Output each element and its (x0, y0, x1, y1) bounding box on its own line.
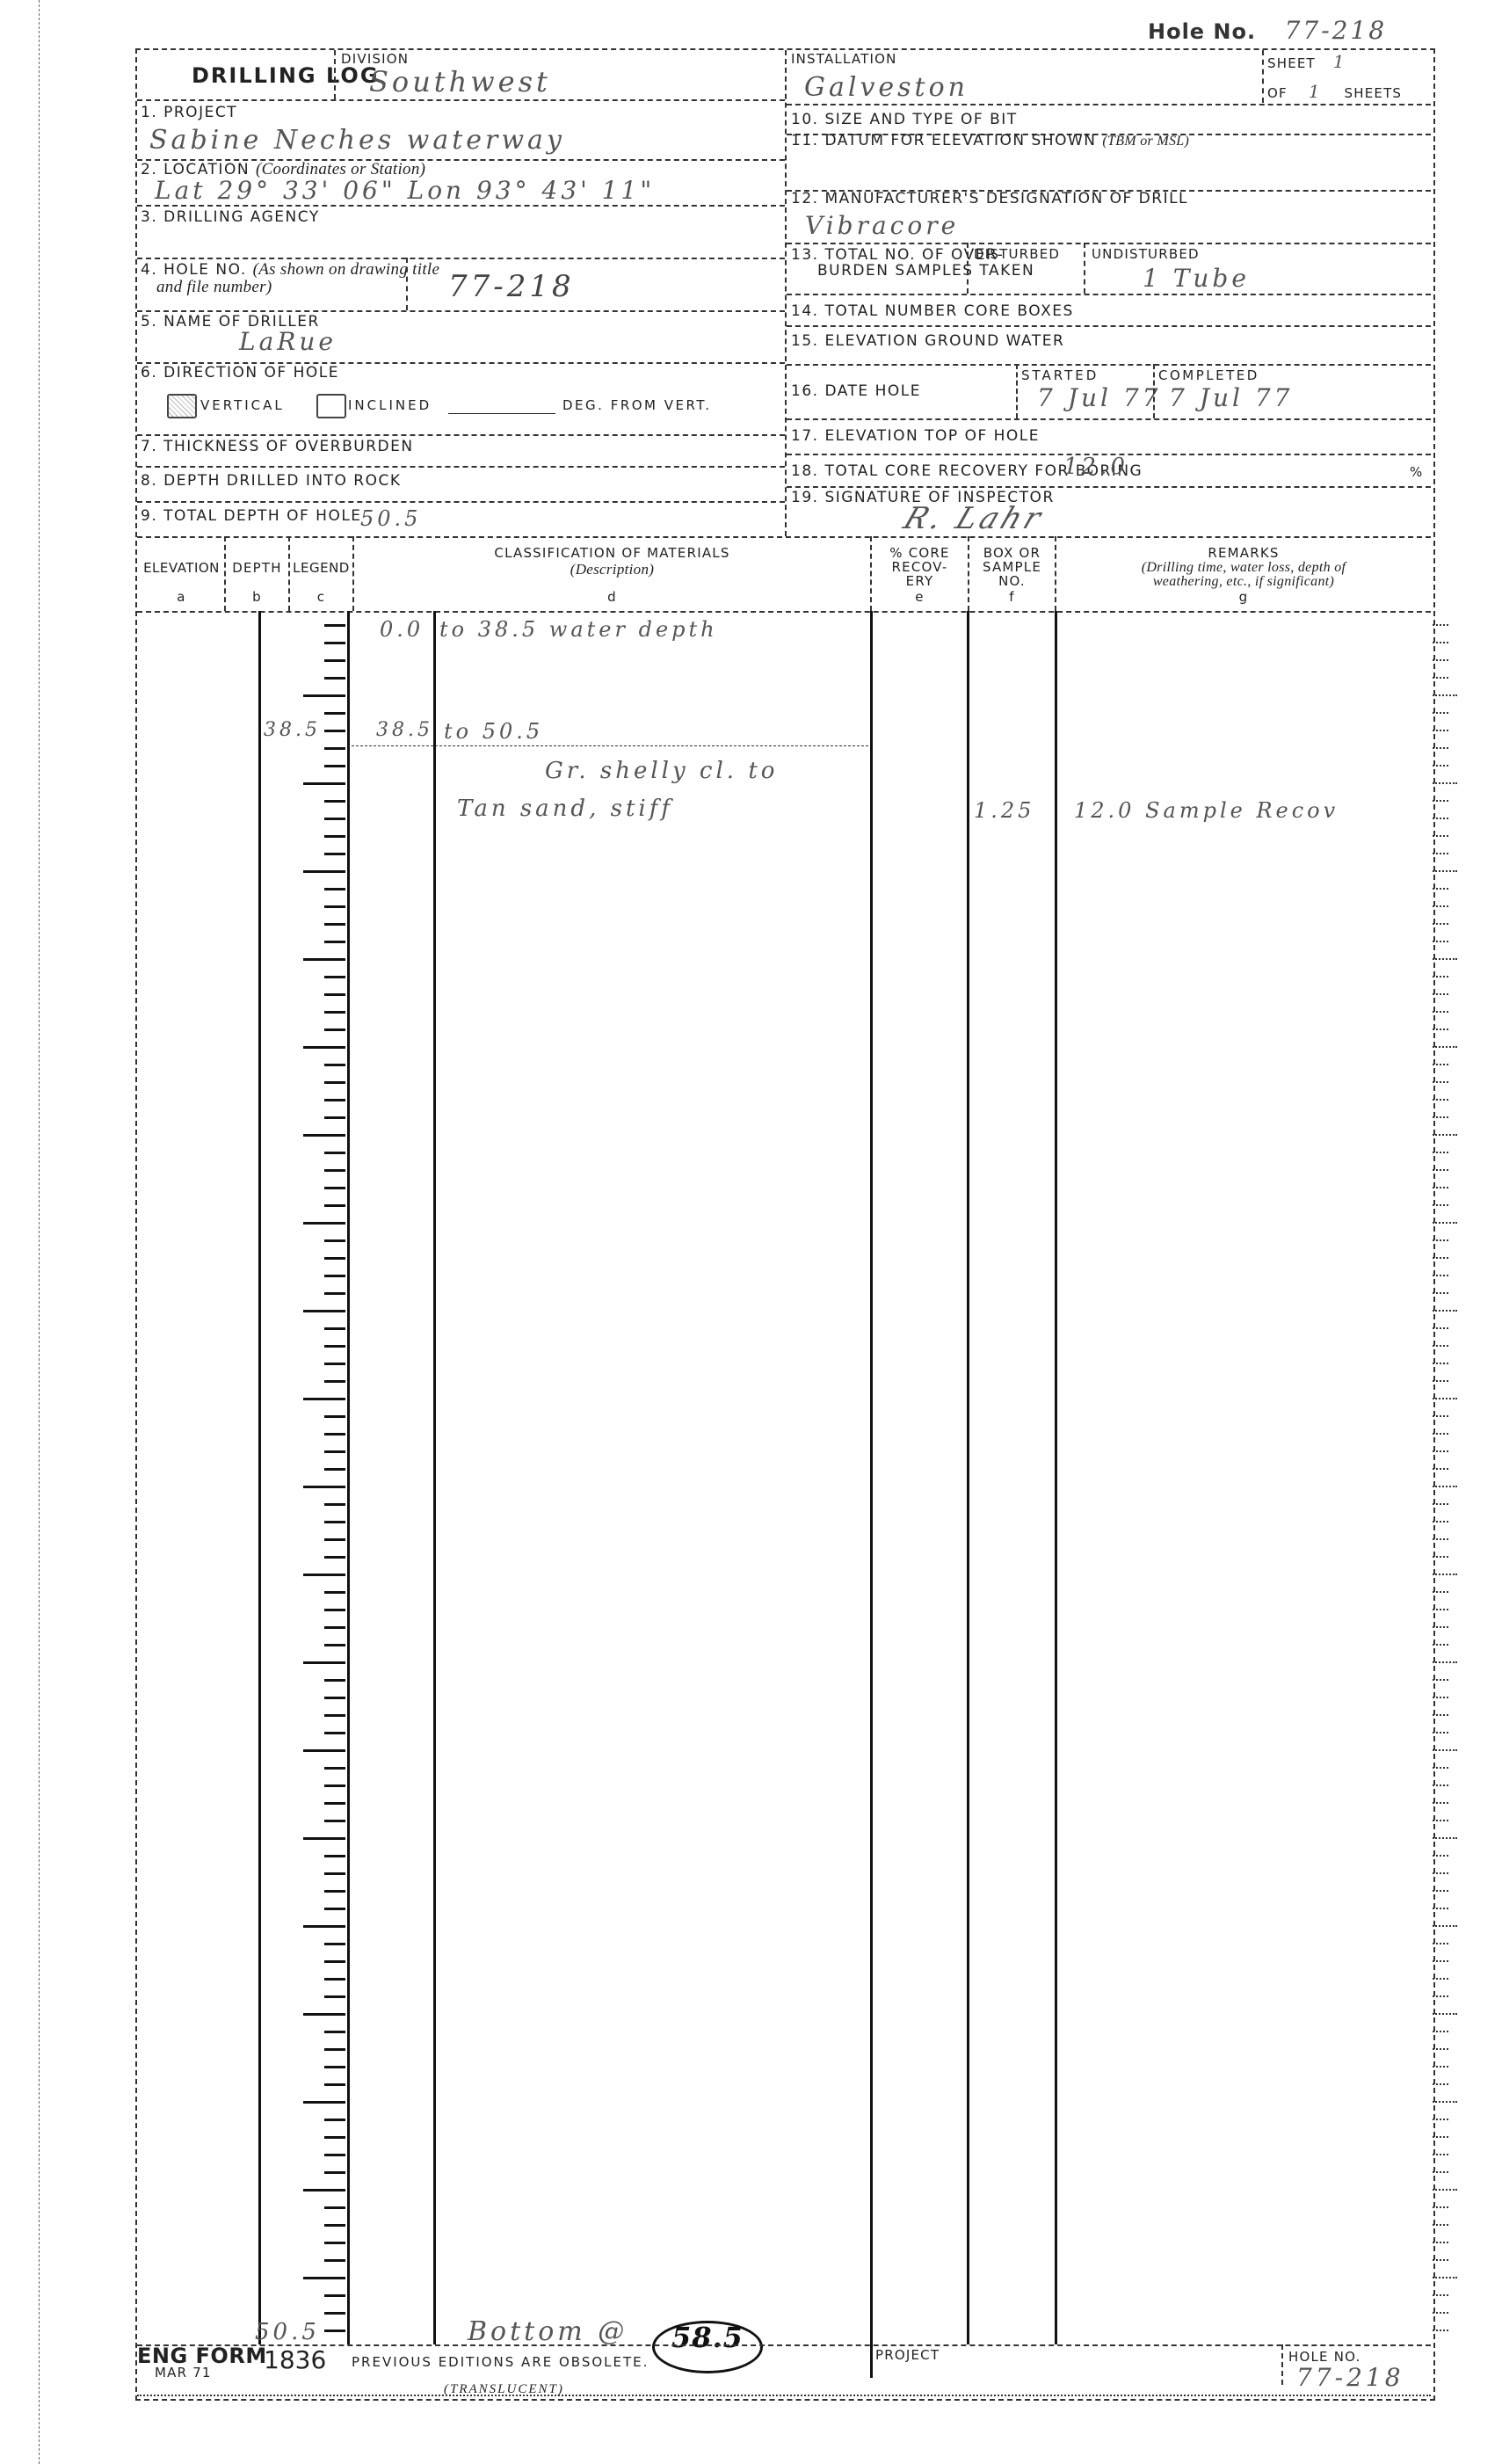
divider (137, 205, 785, 207)
edge-tick (1433, 1028, 1448, 1030)
edge-tick (1433, 1697, 1448, 1698)
col-letter-d: d (354, 589, 870, 605)
depth-tick (324, 1169, 345, 1172)
col-header-elevation: ELEVATION (139, 560, 224, 576)
drill-label: 12. MANUFACTURER'S DESIGNATION OF DRILL (791, 190, 1188, 207)
edge-tick (1433, 1837, 1457, 1839)
edge-tick (1433, 941, 1448, 942)
depth-tick (324, 923, 345, 926)
core-boxes-label: 14. TOTAL NUMBER CORE BOXES (791, 302, 1074, 320)
depth-tick (324, 1099, 345, 1101)
depth-tick (324, 642, 345, 644)
entry-2-depth[interactable]: 38.5 (264, 719, 321, 741)
edge-tick (1433, 1222, 1457, 1224)
edge-tick (1433, 2171, 1448, 2173)
depth-tick (303, 782, 345, 785)
edge-tick (1433, 1714, 1448, 1716)
divider (787, 364, 1431, 366)
col-header-legend: LEGEND (290, 560, 352, 576)
depth-tick (324, 1275, 345, 1277)
completed-value[interactable]: 7 Jul 77 (1169, 383, 1293, 412)
depth-tick (324, 1644, 345, 1646)
edge-tick (1433, 2277, 1457, 2279)
edge-tick (1433, 1890, 1448, 1892)
col-letter-g: g (1056, 589, 1431, 605)
rock-depth-label: 8. DEPTH DRILLED INTO ROCK (141, 472, 401, 490)
obsolete-note: PREVIOUS EDITIONS ARE OBSOLETE. (352, 2354, 649, 2370)
edge-tick (1433, 2259, 1448, 2261)
depth-tick (324, 1697, 345, 1699)
depth-tick (324, 2242, 345, 2244)
depth-tick (324, 2171, 345, 2174)
edge-tick (1433, 853, 1448, 854)
location-value[interactable]: Lat 29° 33' 06" Lon 93° 43' 11" (155, 176, 655, 205)
depth-tick (324, 730, 345, 732)
edge-tick (1433, 677, 1448, 679)
col-header-core-recovery-3: ERY (872, 573, 968, 589)
depth-tick (324, 2330, 345, 2332)
bottom-depth[interactable]: 50.5 (255, 2319, 320, 2345)
edge-tick (1433, 2154, 1448, 2155)
col-line (870, 611, 873, 2344)
depth-tick (303, 1661, 345, 1664)
edge-tick (1433, 1855, 1448, 1857)
depth-tick (324, 2066, 345, 2068)
datum-label-text: 11. DATUM FOR ELEVATION SHOWN (791, 132, 1097, 149)
edge-tick (1433, 1011, 1448, 1013)
drill-value[interactable]: Vibracore (805, 211, 959, 240)
layer-boundary (352, 745, 868, 746)
hole-no-field-label: 4. HOLE NO. (As shown on drawing title (141, 260, 439, 280)
depth-tick (324, 1327, 345, 1330)
depth-tick (324, 1626, 345, 1629)
divider (787, 243, 1431, 244)
depth-tick (324, 659, 345, 662)
depth-tick (303, 694, 345, 697)
elev-top-label: 17. ELEVATION TOP OF HOLE (791, 427, 1040, 445)
edge-tick (1433, 694, 1457, 696)
depth-tick (303, 1486, 345, 1488)
col-header-remarks-sub2: weathering, etc., if significant) (1056, 574, 1431, 590)
depth-tick (324, 2119, 345, 2121)
division-value[interactable]: Southwest (369, 65, 551, 98)
edge-tick (1433, 1398, 1457, 1399)
driller-value[interactable]: LaRue (239, 327, 337, 356)
col-header-sample-3: NO. (969, 573, 1055, 589)
depth-tick (324, 2031, 345, 2033)
divider (334, 50, 336, 99)
depth-tick (324, 1732, 345, 1734)
started-value[interactable]: 7 Jul 77 (1037, 383, 1161, 412)
edge-tick (1433, 1310, 1457, 1312)
depth-tick (324, 2154, 345, 2156)
edge-tick (1433, 1292, 1448, 1294)
eng-form-number: 1836 (264, 2345, 326, 2374)
edge-tick (1433, 1081, 1448, 1083)
depth-tick (324, 888, 345, 890)
edge-tick (1433, 976, 1448, 978)
edge-tick (1433, 2242, 1448, 2243)
edge-tick (1433, 1239, 1448, 1241)
depth-tick (324, 1152, 345, 1154)
project-value[interactable]: Sabine Neches waterway (149, 125, 565, 156)
divider (137, 258, 785, 259)
edge-tick (1433, 1732, 1448, 1734)
edge-tick (1433, 1574, 1457, 1575)
depth-tick (324, 976, 345, 978)
edge-tick (1433, 818, 1448, 819)
edge-tick (1433, 1468, 1448, 1470)
edge-tick (1433, 2013, 1457, 2015)
direction-label: 6. DIRECTION OF HOLE (141, 364, 339, 382)
divider (967, 243, 969, 294)
col-letter-e: e (872, 589, 968, 605)
col-line (967, 611, 969, 2344)
edge-tick (1433, 2083, 1448, 2085)
depth-tick (324, 1978, 345, 1981)
edge-tick (1433, 870, 1457, 872)
divider (137, 466, 785, 468)
depth-tick (324, 905, 345, 908)
edge-tick (1433, 2119, 1448, 2120)
date-hole-label: 16. DATE HOLE (791, 382, 921, 400)
deg-from-vert-label: DEG. FROM VERT. (562, 397, 711, 413)
of-label: OF (1267, 85, 1288, 101)
inspector-signature[interactable]: R. Lahr (899, 501, 1049, 536)
undisturbed-label: UNDISTURBED (1092, 246, 1200, 262)
depth-tick (324, 1468, 345, 1471)
depth-tick (324, 993, 345, 996)
depth-tick (303, 1310, 345, 1312)
divider (787, 486, 1431, 488)
depth-tick (324, 1890, 345, 1893)
depth-tick (324, 1363, 345, 1365)
depth-tick (324, 712, 345, 715)
depth-tick (324, 1415, 345, 1418)
edge-tick (1433, 624, 1448, 626)
col-header-depth: DEPTH (226, 560, 288, 576)
depth-tick (324, 1521, 345, 1523)
edge-tick (1433, 1187, 1448, 1188)
divider (406, 258, 408, 310)
edge-tick (1433, 1046, 1457, 1048)
edge-tick (1433, 800, 1448, 802)
depth-tick (324, 2206, 345, 2209)
divider (787, 104, 1431, 105)
edge-tick (1433, 1960, 1448, 1962)
depth-tick (324, 1187, 345, 1189)
depth-tick (324, 1679, 345, 1682)
edge-tick (1433, 1521, 1448, 1523)
sheet-value[interactable]: 1 (1333, 51, 1348, 72)
samples-label2: BURDEN SAMPLES TAKEN (817, 262, 1034, 280)
sheet-label: SHEET 1 (1267, 51, 1348, 72)
entry-1-legend[interactable]: 0.0 (380, 617, 424, 642)
depth-tick (324, 1450, 345, 1453)
divider (137, 501, 785, 503)
edge-tick (1433, 993, 1448, 995)
depth-tick (324, 1960, 345, 1963)
depth-tick (324, 1802, 345, 1805)
datum-label-sub: (TBM or MSL) (1102, 134, 1189, 149)
depth-tick (324, 1855, 345, 1857)
edge-tick (1433, 2330, 1448, 2331)
edge-tick (1433, 1644, 1448, 1646)
datum-label: 11. DATUM FOR ELEVATION SHOWN (TBM or MS… (791, 132, 1189, 149)
depth-tick (303, 958, 345, 961)
depth-tick (324, 1872, 345, 1875)
divider (1153, 364, 1155, 418)
depth-tick (324, 1239, 345, 1242)
edge-tick (1433, 1995, 1448, 1997)
edge-tick (1433, 2294, 1448, 2296)
depth-tick (324, 1538, 345, 1541)
edge-tick (1433, 888, 1448, 890)
edge-tick (1433, 1486, 1457, 1487)
entry-2-description[interactable]: to 50.5 (444, 719, 543, 744)
divider (137, 536, 1431, 538)
col-letter-c: c (290, 589, 352, 605)
col-header-classification-sub: (Description) (354, 561, 870, 578)
col-line (1055, 611, 1057, 2344)
hole-no-field-label-sub: (As shown on drawing title (253, 260, 440, 279)
hole-no-field-label-text: 4. HOLE NO. (141, 261, 247, 279)
depth-tick (324, 1784, 345, 1787)
bottom-note[interactable]: Bottom @ (468, 2316, 628, 2347)
edge-tick (1433, 1749, 1457, 1751)
depth-tick (324, 1380, 345, 1383)
undisturbed-value[interactable]: 1 Tube (1143, 264, 1250, 293)
edge-tick (1433, 1450, 1448, 1452)
edge-tick (1433, 905, 1448, 907)
edge-tick (1433, 1556, 1448, 1558)
edge-tick (1433, 1204, 1448, 1206)
depth-tick (324, 2048, 345, 2051)
depth-tick (324, 677, 345, 680)
depth-tick (324, 1943, 345, 1945)
col-letter-f: f (969, 589, 1055, 605)
completed-label: COMPLETED (1158, 367, 1259, 383)
edge-tick (1433, 1099, 1448, 1101)
edge-tick (1433, 1609, 1448, 1610)
edge-tick (1433, 1415, 1448, 1417)
total-depth-label: 9. TOTAL DEPTH OF HOLE (141, 507, 362, 525)
depth-tick (324, 1028, 345, 1031)
vertical-label: VERTICAL (200, 397, 285, 413)
edge-tick (1433, 2224, 1448, 2226)
edge-tick (1433, 1064, 1448, 1065)
edge-tick (1433, 1820, 1448, 1821)
depth-tick (324, 1433, 345, 1436)
edge-tick (1433, 2101, 1457, 2103)
edge-tick (1433, 2048, 1448, 2050)
edge-tick (1433, 1257, 1448, 1259)
depth-tick (324, 2294, 345, 2297)
edge-tick (1433, 1363, 1448, 1364)
edge-tick (1433, 1661, 1457, 1663)
depth-tick (303, 2013, 345, 2016)
deg-field-line[interactable] (448, 413, 555, 414)
edge-tick (1433, 782, 1457, 784)
col-letter-b: b (226, 589, 288, 605)
divider (787, 294, 1431, 295)
bottom-circled-value[interactable]: 58.5 (671, 2321, 744, 2354)
entry-2-legend[interactable]: 38.5 (376, 719, 433, 741)
depth-tick (324, 1591, 345, 1594)
col-header-classification: CLASSIFICATION OF MATERIALS (354, 545, 870, 561)
depth-tick (324, 941, 345, 943)
vertical-checkbox[interactable] (167, 394, 197, 418)
edge-tick (1433, 958, 1457, 960)
depth-tick (303, 1837, 345, 1840)
samples-label: 13. TOTAL NO. OF OVER- (791, 246, 1004, 264)
edge-tick (1433, 923, 1448, 925)
core-recovery-unit: % (1410, 464, 1423, 480)
divider (137, 611, 1431, 613)
col-line (258, 611, 261, 2344)
depth-tick (303, 1046, 345, 1049)
depth-tick (324, 1908, 345, 1910)
footer-project-label: PROJECT (875, 2347, 940, 2363)
edge-tick (1433, 1380, 1448, 1382)
divider (137, 2344, 1431, 2346)
disturbed-label: DISTURBED (974, 246, 1060, 262)
edge-tick (1433, 747, 1448, 749)
edge-tick (1433, 2136, 1448, 2138)
edge-tick (1433, 1433, 1448, 1435)
edge-tick (1433, 1152, 1448, 1153)
inclined-checkbox[interactable] (316, 394, 346, 418)
depth-tick (303, 1222, 345, 1225)
edge-tick (1433, 765, 1448, 767)
edge-tick (1433, 1802, 1448, 1804)
depth-tick (324, 818, 345, 820)
edge-tick (1433, 1503, 1448, 1505)
depth-tick (324, 835, 345, 838)
depth-tick (303, 870, 345, 873)
edge-tick (1433, 1872, 1448, 1874)
edge-tick (1433, 1767, 1448, 1769)
project-label: 1. PROJECT (141, 104, 237, 121)
hole-no-field-label-sub2: and file number) (156, 278, 272, 297)
edge-tick (1433, 1345, 1448, 1347)
edge-tick (1433, 1679, 1448, 1681)
depth-tick (324, 1609, 345, 1611)
edge-tick (1433, 1134, 1457, 1136)
of-value[interactable]: 1 (1309, 81, 1324, 102)
divider (1281, 2344, 1283, 2385)
edge-tick (1433, 1908, 1448, 1909)
edge-tick (1433, 730, 1448, 731)
depth-tick (303, 2189, 345, 2191)
col-line (433, 611, 436, 2344)
edge-tick (1433, 659, 1448, 661)
depth-tick (324, 853, 345, 855)
edge-tick (1433, 1169, 1448, 1171)
divider (1084, 243, 1085, 294)
edge-tick (1433, 2312, 1448, 2314)
core-recovery-value[interactable]: 12.0 (1063, 454, 1128, 480)
edge-tick (1433, 1116, 1448, 1118)
entry-3-remarks[interactable]: 12.0 Sample Recov (1074, 798, 1339, 823)
divider (787, 325, 1431, 327)
depth-tick (303, 1134, 345, 1137)
edge-tick (1433, 1978, 1448, 1980)
installation-value[interactable]: Galveston (804, 72, 969, 103)
col-header-remarks: REMARKS (1056, 545, 1431, 561)
edge-tick (1433, 2066, 1448, 2068)
entry-1-description[interactable]: to 38.5 water depth (439, 617, 718, 642)
depth-tick (324, 747, 345, 750)
depth-tick (324, 800, 345, 803)
edge-tick (1433, 1538, 1448, 1540)
hole-no-field-value[interactable]: 77-218 (448, 269, 575, 304)
eng-form-date: MAR 71 (155, 2365, 212, 2380)
depth-tick (324, 1064, 345, 1066)
depth-tick (324, 2083, 345, 2086)
depth-tick (324, 2312, 345, 2315)
depth-tick (324, 1011, 345, 1014)
sheets-of-label: OF 1 SHEETS (1267, 81, 1402, 102)
entry-3-description[interactable]: Gr. shelly cl. to (545, 758, 778, 784)
divider (137, 2395, 1431, 2396)
installation-label: INSTALLATION (791, 51, 897, 67)
divider (137, 310, 785, 312)
depth-tick (324, 1292, 345, 1295)
col-line (347, 611, 350, 2344)
footer-hole-no-value[interactable]: 77-218 (1296, 2363, 1404, 2392)
edge-tick (1433, 1327, 1448, 1329)
depth-tick (303, 1925, 345, 1928)
depth-tick (324, 1081, 345, 1084)
depth-tick (324, 624, 345, 627)
edge-tick (1433, 1925, 1457, 1927)
depth-tick (324, 1767, 345, 1770)
drilling-agency-label: 3. DRILLING AGENCY (141, 208, 320, 226)
started-label: STARTED (1021, 367, 1099, 383)
depth-tick (324, 1204, 345, 1207)
ground-water-label: 15. ELEVATION GROUND WATER (791, 332, 1064, 350)
edge-tick (1433, 1275, 1448, 1276)
entry-3-sample[interactable]: 1.25 (974, 798, 1034, 823)
depth-tick (303, 2101, 345, 2104)
depth-tick (303, 1574, 345, 1576)
edge-tick (1433, 2189, 1457, 2191)
depth-tick (324, 2224, 345, 2227)
col-letter-a: a (139, 589, 224, 605)
form-title: DRILLING LOG (192, 63, 380, 88)
depth-tick (324, 765, 345, 767)
edge-tick (1433, 1943, 1448, 1944)
depth-tick (303, 2277, 345, 2279)
total-depth-value[interactable]: 50.5 (360, 506, 421, 531)
sheet-label-text: SHEET (1267, 55, 1316, 71)
depth-tick (324, 1257, 345, 1260)
depth-tick (324, 1116, 345, 1119)
edge-tick (1433, 1784, 1448, 1786)
top-hole-number: Hole No. 77-218 (1148, 16, 1387, 45)
scan-edge (39, 0, 40, 2464)
entry-3-description2[interactable]: Tan sand, stiff (457, 796, 673, 822)
divider (137, 99, 785, 101)
edge-tick (1433, 2031, 1448, 2032)
inclined-label: INCLINED (348, 397, 432, 413)
hole-no-value: 77-218 (1285, 16, 1388, 45)
depth-tick (324, 2136, 345, 2139)
divider (1016, 364, 1018, 418)
edge-tick (1433, 1591, 1448, 1593)
sheets-label: SHEETS (1345, 85, 1403, 101)
